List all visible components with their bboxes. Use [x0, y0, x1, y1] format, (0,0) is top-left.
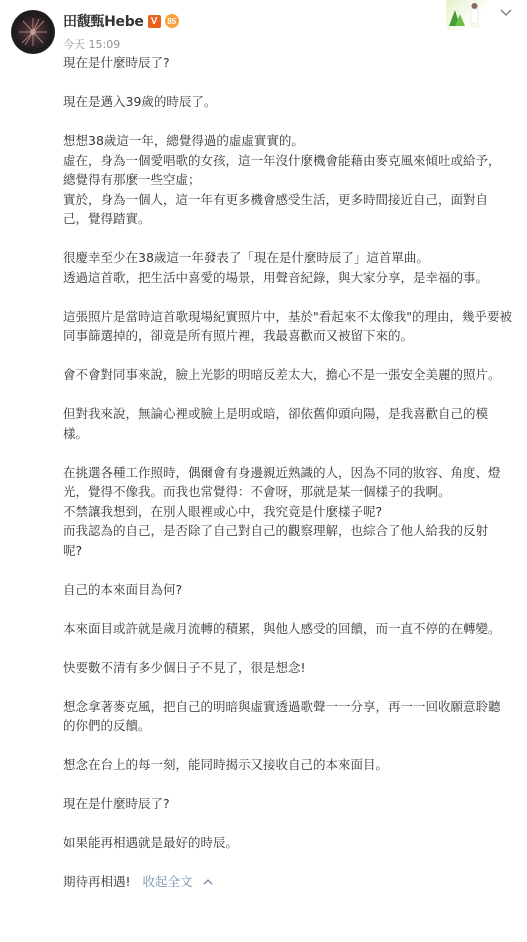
paragraph: 想念拿著麥克風，把自己的明暗與虛實透過歌聲一一分享，再一一回收願意聆聽 的你們的…	[63, 697, 508, 736]
paragraph: 很慶幸至少在38歲這一年發表了「現在是什麼時辰了」這首單曲。 透過這首歌，把生活…	[63, 248, 508, 287]
text-line: 實於，身為一個人，這一年有更多機會感受生活，更多時間接近自己，面對自	[63, 190, 508, 210]
text-line: 同事篩選掉的，卻竟是所有照片裡，我最喜歡而又被留下來的。	[63, 326, 508, 346]
text-line: 快要數不清有多少個日子不見了，很是想念!	[63, 658, 508, 678]
post-timestamp[interactable]: 今天 15:09	[63, 36, 120, 52]
avatar[interactable]	[11, 10, 55, 54]
paragraph: 想念在台上的每一刻，能同時揭示又接收自己的本來面目。	[63, 755, 508, 775]
text-line: 己，覺得踏實。	[63, 209, 508, 229]
paragraph: 在挑選各種工作照時，偶爾會有身邊親近熟識的人，因為不同的妝容、角度、燈 光，覺得…	[63, 463, 508, 561]
paragraph: 現在是什麼時辰了?	[63, 53, 508, 73]
card-thumbnail[interactable]	[446, 0, 488, 30]
weibo-post: 田馥甄Hebe V 85 今天 15:09 現在是什麼時辰了? 現在是邁入39歲…	[0, 0, 527, 942]
text-line: 想想38歲這一年，總覺得過的虛虛實實的。	[63, 131, 508, 151]
text-line: 如果能再相遇就是最好的時辰。	[63, 833, 508, 853]
paragraph: 現在是邁入39歲的時辰了。	[63, 92, 508, 112]
text-line: 本來面目或許就是歲月流轉的積累，與他人感受的回饋，而一直不停的在轉變。	[63, 619, 508, 639]
text-line: 呢?	[63, 541, 508, 561]
text-line: 現在是什麼時辰了?	[63, 794, 508, 814]
verified-badge-icon[interactable]: V	[148, 15, 161, 28]
closing-text: 期待再相遇!	[63, 872, 131, 892]
avatar-image-icon	[11, 10, 55, 54]
collapse-link-label: 收起全文	[143, 872, 193, 892]
text-line: 虛在，身為一個愛唱歌的女孩，這一年沒什麼機會能藉由麥克風來傾吐或給予，	[63, 151, 508, 171]
text-line: 現在是邁入39歲的時辰了。	[63, 92, 508, 112]
author-name[interactable]: 田馥甄Hebe	[63, 11, 144, 31]
paragraph: 本來面目或許就是歲月流轉的積累，與他人感受的回饋，而一直不停的在轉變。	[63, 619, 508, 639]
paragraph: 現在是什麼時辰了?	[63, 794, 508, 814]
text-line: 現在是什麼時辰了?	[63, 53, 508, 73]
paragraph: 快要數不清有多少個日子不見了，很是想念!	[63, 658, 508, 678]
text-line: 在挑選各種工作照時，偶爾會有身邊親近熟識的人，因為不同的妝容、角度、燈	[63, 463, 508, 483]
post-body: 現在是什麼時辰了? 現在是邁入39歲的時辰了。 想想38歲這一年，總覺得過的虛虛…	[63, 53, 508, 892]
text-line: 不禁讓我想到，在別人眼裡或心中，我究竟是什麼樣子呢?	[63, 502, 508, 522]
text-line: 總覺得有那麼一些空虛；	[63, 170, 508, 190]
author-row: 田馥甄Hebe V 85	[63, 12, 179, 30]
chevron-up-icon	[203, 878, 213, 885]
level-badge-icon[interactable]: 85	[165, 14, 179, 28]
text-line: 會不會對同事來說，臉上光影的明暗反差太大，擔心不是一張安全美麗的照片。	[63, 365, 508, 385]
text-line: 想念拿著麥克風，把自己的明暗與虛實透過歌聲一一分享，再一一回收願意聆聽	[63, 697, 508, 717]
text-line: 想念在台上的每一刻，能同時揭示又接收自己的本來面目。	[63, 755, 508, 775]
chevron-down-icon[interactable]	[499, 7, 513, 17]
text-line: 這張照片是當時這首歌現場紀實照片中，基於"看起來不太像我"的理由，幾乎要被	[63, 307, 508, 327]
text-line: 但對我來說，無論心裡或臉上是明或暗，卻依舊仰頭向陽，是我喜歡自己的模	[63, 404, 508, 424]
paragraph: 如果能再相遇就是最好的時辰。	[63, 833, 508, 853]
card-thumbnail-image-icon	[446, 0, 488, 30]
last-paragraph: 期待再相遇! 收起全文	[63, 872, 508, 892]
paragraph: 會不會對同事來說，臉上光影的明暗反差太大，擔心不是一張安全美麗的照片。	[63, 365, 508, 385]
text-line: 而我認為的自己，是否除了自己對自己的觀察理解，也綜合了他人給我的反射	[63, 521, 508, 541]
text-line: 樣。	[63, 424, 508, 444]
text-line: 自己的本來面目為何?	[63, 580, 508, 600]
text-line: 光，覺得不像我。而我也常覺得：不會呀，那就是某一個樣子的我啊。	[63, 482, 508, 502]
text-line: 很慶幸至少在38歲這一年發表了「現在是什麼時辰了」這首單曲。	[63, 248, 508, 268]
paragraph: 自己的本來面目為何?	[63, 580, 508, 600]
text-line: 的你們的反饋。	[63, 716, 508, 736]
paragraph: 但對我來說，無論心裡或臉上是明或暗，卻依舊仰頭向陽，是我喜歡自己的模 樣。	[63, 404, 508, 443]
collapse-full-text-link[interactable]: 收起全文	[143, 872, 213, 892]
paragraph: 這張照片是當時這首歌現場紀實照片中，基於"看起來不太像我"的理由，幾乎要被 同事…	[63, 307, 508, 346]
text-line: 透過這首歌，把生活中喜愛的場景，用聲音紀錄，與大家分享，是幸福的事。	[63, 268, 508, 288]
paragraph: 想想38歲這一年，總覺得過的虛虛實實的。 虛在，身為一個愛唱歌的女孩，這一年沒什…	[63, 131, 508, 229]
